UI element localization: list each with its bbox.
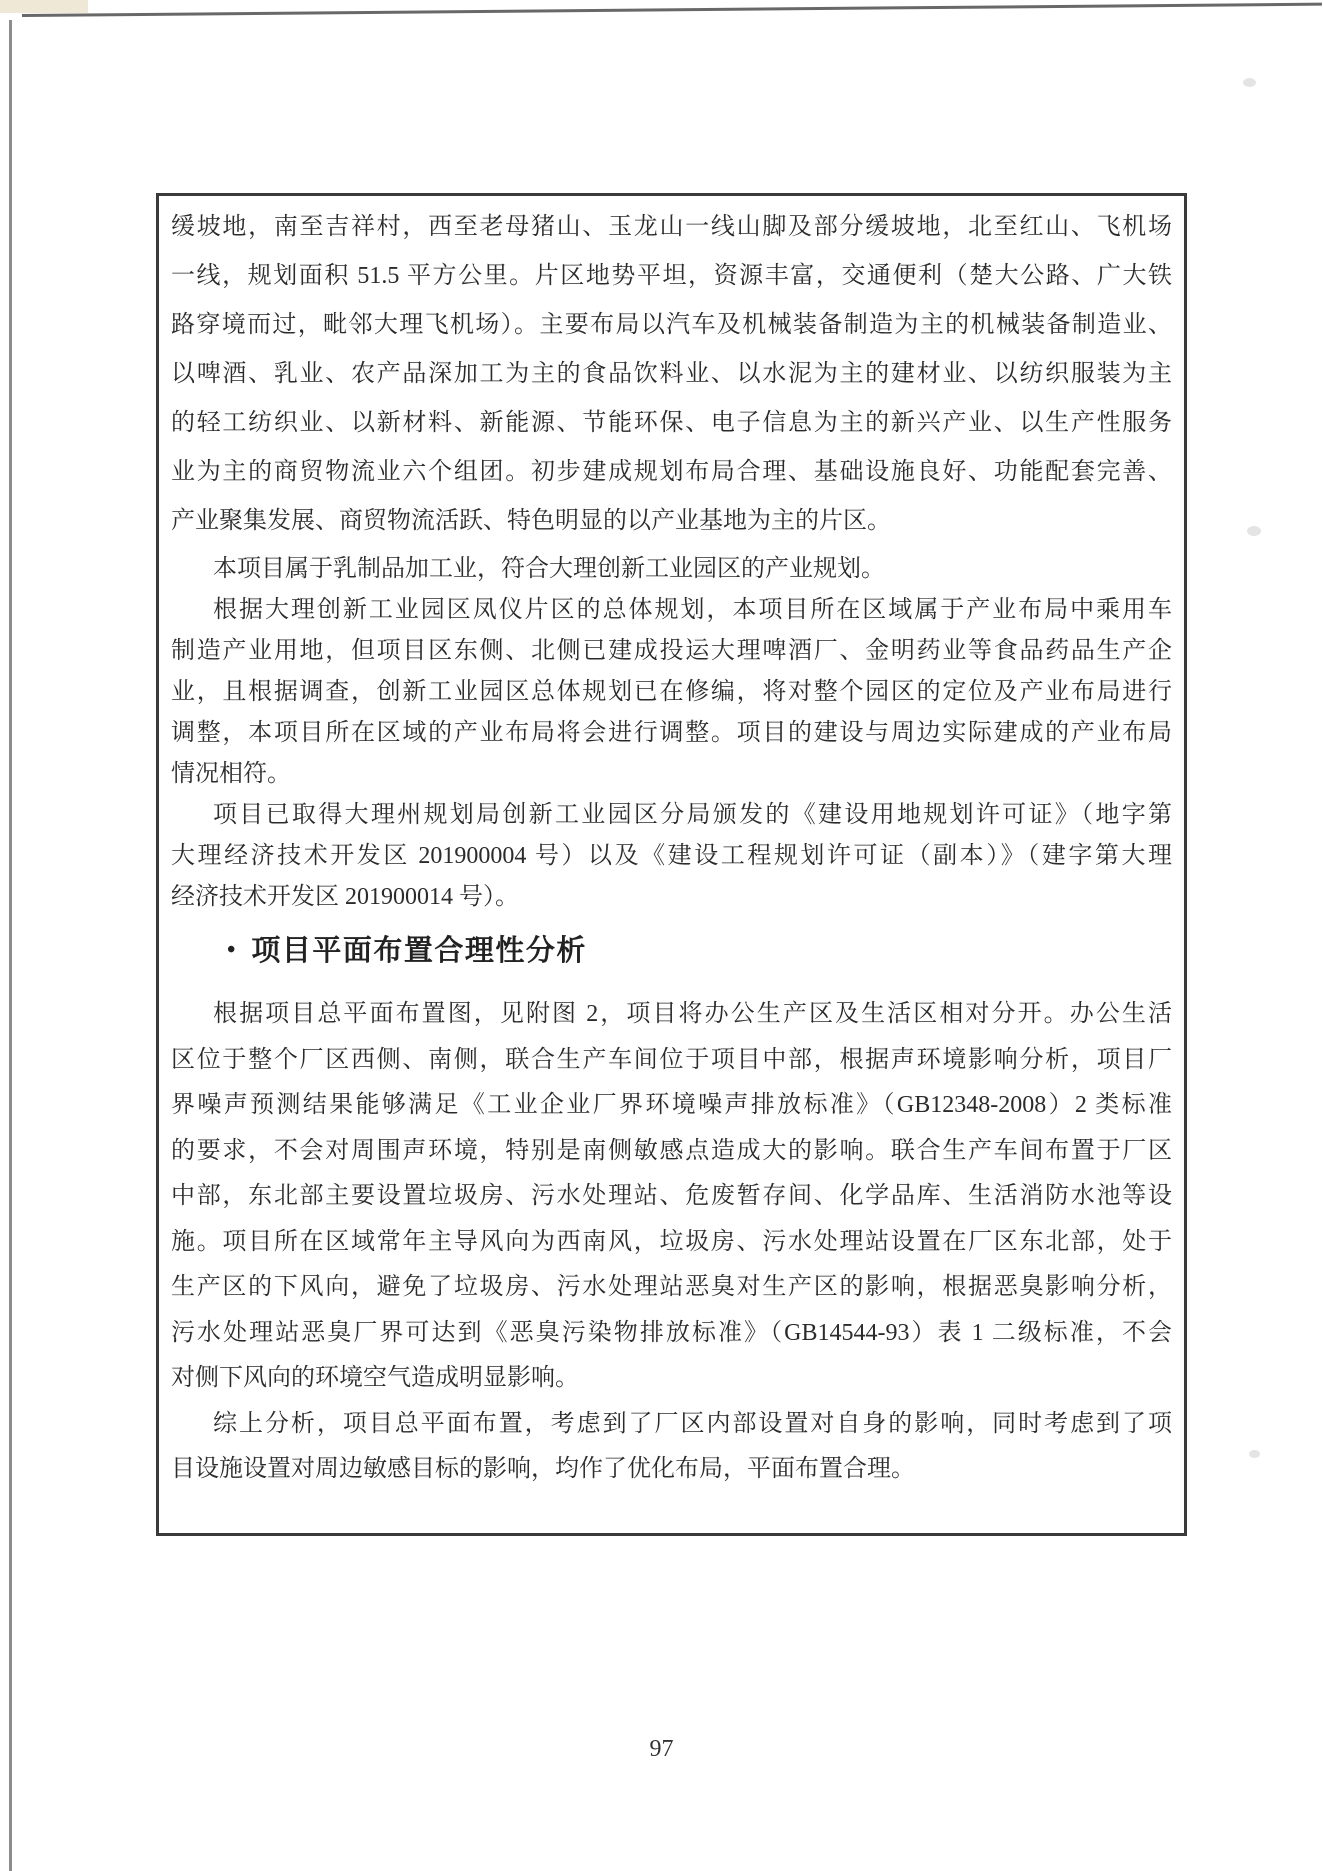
text-line: 一线，规划面积 51.5 平方公里。片区地势平坦，资源丰富，交通便利（楚大公路、… — [171, 252, 1172, 301]
text-line: 生产区的下风向，避免了垃圾房、污水处理站恶臭对生产区的影响，根据恶臭影响分析， — [171, 1265, 1172, 1311]
text-line: 综上分析，项目总平面布置，考虑到了厂区内部设置对自身的影响，同时考虑到了项 — [171, 1402, 1172, 1448]
scan-smudge — [1247, 526, 1261, 536]
section-heading: •项目平面布置合理性分析 — [171, 929, 1172, 973]
text-line: 施。项目所在区域常年主导风向为西南风，垃圾房、污水处理站设置在厂区东北部，处于 — [171, 1220, 1172, 1266]
text-line: 情况相符。 — [171, 754, 1172, 795]
paragraph-overview: 缓坡地，南至吉祥村，西至老母猪山、玉龙山一线山脚及部分缓坡地，北至红山、飞机场 … — [171, 203, 1172, 546]
text-line: 本项目属于乳制品加工业，符合大理创新工业园区的产业规划。 — [171, 549, 1172, 590]
text-line: 大理经济技术开发区 201900004 号）以及《建设工程规划许可证（副本）》（… — [171, 836, 1172, 877]
paragraph-conclusion: 综上分析，项目总平面布置，考虑到了厂区内部设置对自身的影响，同时考虑到了项 目设… — [171, 1402, 1172, 1493]
paragraph-permits: 项目已取得大理州规划局创新工业园区分局颁发的《建设用地规划许可证》（地字第 大理… — [171, 795, 1172, 918]
page-number: 97 — [0, 1736, 1323, 1763]
text-line: 制造产业用地，但项目区东侧、北侧已建成投运大理啤酒厂、金明药业等食品药品生产企 — [171, 631, 1172, 672]
content-box: 缓坡地，南至吉祥村，西至老母猪山、玉龙山一线山脚及部分缓坡地，北至红山、飞机场 … — [156, 193, 1187, 1536]
text-line: 业，且根据调查，创新工业园区总体规划已在修编，将对整个园区的定位及产业布局进行 — [171, 672, 1172, 713]
text-line: 根据大理创新工业园区凤仪片区的总体规划，本项目所在区域属于产业布局中乘用车 — [171, 590, 1172, 631]
section-heading-text: 项目平面布置合理性分析 — [251, 935, 587, 967]
text-line: 以啤酒、乳业、农产品深加工为主的食品饮料业、以水泥为主的建材业、以纺织服装为主 — [171, 350, 1172, 399]
document-page: 缓坡地，南至吉祥村，西至老母猪山、玉龙山一线山脚及部分缓坡地，北至红山、飞机场 … — [0, 0, 1323, 1871]
text-line: 项目已取得大理州规划局创新工业园区分局颁发的《建设用地规划许可证》（地字第 — [171, 795, 1172, 836]
text-line: 区位于整个厂区西侧、南侧，联合生产车间位于项目中部，根据声环境影响分析，项目厂 — [171, 1038, 1172, 1084]
text-line: 中部，东北部主要设置垃圾房、污水处理站、危废暂存间、化学品库、生活消防水池等设 — [171, 1174, 1172, 1220]
text-line: 调整，本项目所在区域的产业布局将会进行调整。项目的建设与周边实际建成的产业布局 — [171, 713, 1172, 754]
paragraph-planning: 根据大理创新工业园区凤仪片区的总体规划，本项目所在区域属于产业布局中乘用车 制造… — [171, 590, 1172, 795]
text-line: 目设施设置对周边敏感目标的影响，均作了优化布局，平面布置合理。 — [171, 1447, 1172, 1493]
text-line: 路穿境而过，毗邻大理飞机场）。主要布局以汽车及机械装备制造为主的机械装备制造业、 — [171, 301, 1172, 350]
text-line: 产业聚集发展、商贸物流活跃、特色明显的以产业基地为主的片区。 — [171, 497, 1172, 546]
scan-artifact-left-line — [9, 20, 12, 1871]
text-line: 缓坡地，南至吉祥村，西至老母猪山、玉龙山一线山脚及部分缓坡地，北至红山、飞机场 — [171, 203, 1172, 252]
paragraph-industry-fit: 本项目属于乳制品加工业，符合大理创新工业园区的产业规划。 — [171, 549, 1172, 590]
text-line: 经济技术开发区 201900014 号）。 — [171, 877, 1172, 918]
text-line: 的要求，不会对周围声环境，特别是南侧敏感点造成大的影响。联合生产车间布置于厂区 — [171, 1129, 1172, 1175]
text-line: 业为主的商贸物流业六个组团。初步建成规划布局合理、基础设施良好、功能配套完善、 — [171, 448, 1172, 497]
text-line: 的轻工纺织业、以新材料、新能源、节能环保、电子信息为主的新兴产业、以生产性服务 — [171, 399, 1172, 448]
scan-smudge — [1243, 78, 1256, 87]
text-line: 污水处理站恶臭厂界可达到《恶臭污染物排放标准》（GB14544-93）表 1 二… — [171, 1311, 1172, 1357]
scan-smudge — [1249, 1450, 1260, 1458]
bullet-marker: • — [227, 928, 235, 972]
paragraph-layout-analysis: 根据项目总平面布置图，见附图 2，项目将办公生产区及生活区相对分开。办公生活 区… — [171, 992, 1172, 1402]
scan-artifact-top-line — [22, 3, 1322, 17]
text-line: 界噪声预测结果能够满足《工业企业厂界环境噪声排放标准》（GB12348-2008… — [171, 1083, 1172, 1129]
text-line: 对侧下风向的环境空气造成明显影响。 — [171, 1356, 1172, 1402]
scan-corner-patch — [0, 0, 88, 13]
text-line: 根据项目总平面布置图，见附图 2，项目将办公生产区及生活区相对分开。办公生活 — [171, 992, 1172, 1038]
